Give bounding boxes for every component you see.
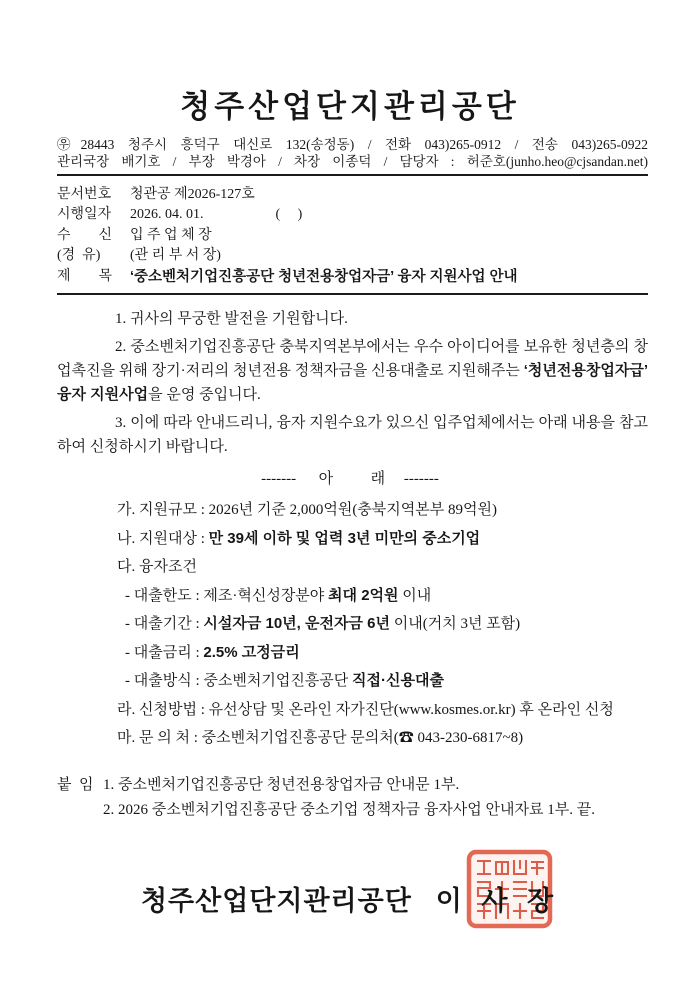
text-segment: - 대출한도 : 제조·혁신성장분야 bbox=[125, 588, 328, 604]
letterhead-address-line: ㉾28443 청주시 흥덕구 대신로 132(송정동) / 전화 043)265… bbox=[57, 136, 648, 154]
attachment-line-1: 1. 중소벤처기업진흥공단 청년전용창업자금 안내문 1부. bbox=[103, 773, 648, 798]
meta-row-date: 시행일자 2026. 04. 01. ( ) bbox=[57, 205, 648, 226]
meta-value: 청관공 제2026-127호 bbox=[130, 185, 255, 206]
list-item-loan-period: - 대출기간 : 시설자금 10년, 운전자금 6년 이내(거치 3년 포함) bbox=[57, 610, 648, 639]
document-subject: ‘중소벤처기업진흥공단 청년전용창업자금’ 융자 지원사업 안내 bbox=[130, 267, 518, 288]
loan-detail-list: 가. 지원규모 : 2026년 기준 2,000억원(충북지역본부 89억원) … bbox=[57, 496, 648, 753]
text-segment: - 대출금리 : bbox=[125, 645, 203, 661]
meta-row-via: (경 유) (관 리 부 서 장) bbox=[57, 246, 648, 267]
body-paragraph-1: 1. 귀사의 무궁한 발전을 기원합니다. bbox=[57, 307, 648, 331]
list-item-target: 나. 지원대상 : 만 39세 이하 및 업력 3년 미만의 중소기업 bbox=[57, 525, 648, 554]
meta-value: (관 리 부 서 장) bbox=[130, 246, 221, 267]
meta-value: 2026. 04. 01. bbox=[130, 205, 204, 226]
signature-line: 청주산업단지관리공단이 사 장 bbox=[0, 879, 700, 918]
body-paragraph-3: 3. 이에 따라 안내드리니, 융자 지원수요가 있으신 입주업체에서는 아래 … bbox=[57, 411, 648, 459]
text-segment: 1. 귀사의 무궁한 발전을 기원합니다. bbox=[115, 311, 348, 327]
text-segment: - 대출방식 : 중소벤처기업진흥공단 bbox=[125, 673, 352, 689]
meta-label: (경 유) bbox=[57, 246, 130, 267]
header-divider-rule bbox=[57, 174, 648, 176]
subject-divider-rule bbox=[57, 293, 648, 295]
signature-org: 청주산업단지관리공단 bbox=[141, 886, 412, 916]
document-meta: 문서번호 청관공 제2026-127호 시행일자 2026. 04. 01. (… bbox=[57, 185, 648, 288]
list-item-loan-method: - 대출방식 : 중소벤처기업진흥공단 직접·신용대출 bbox=[57, 667, 648, 696]
text-segment: 다. 융자조건 bbox=[117, 559, 197, 575]
attachment-line-2: 2. 2026 중소벤처기업진흥공단 중소기업 정책자금 융자사업 안내자료 1… bbox=[103, 798, 648, 823]
attachments-label: 붙 임 bbox=[57, 773, 103, 823]
emphasized-text: 최대 2억원 bbox=[328, 587, 398, 604]
text-segment: 을 운영 중입니다. bbox=[148, 387, 261, 403]
meta-label: 문서번호 bbox=[57, 185, 130, 206]
text-segment: 이내 bbox=[399, 588, 432, 604]
meta-label: 수 신 bbox=[57, 226, 130, 247]
text-segment: 가. 지원규모 : 2026년 기준 2,000억원(충북지역본부 89억원) bbox=[117, 502, 497, 518]
emphasized-text: 시설자금 10년, 운전자금 6년 bbox=[203, 615, 390, 632]
letterhead-info: ㉾28443 청주시 흥덕구 대신로 132(송정동) / 전화 043)265… bbox=[57, 136, 648, 171]
text-segment: 3. 이에 따라 안내드리니, 융자 지원수요가 있으신 입주업체에서는 아래 … bbox=[57, 415, 648, 455]
body-paragraph-2: 2. 중소벤처기업진흥공단 충북지역본부에서는 우수 아이디어를 보유한 청년층… bbox=[57, 335, 648, 407]
page-title: 청주산업단지관리공단 bbox=[30, 86, 670, 128]
meta-value: 입 주 업 체 장 bbox=[130, 226, 212, 247]
meta-date-parenthesis: ( ) bbox=[276, 205, 303, 226]
signature-title: 이 사 장 bbox=[436, 886, 559, 916]
text-segment: 마. 문 의 처 : 중소벤처기업진흥공단 문의처(☎ 043-230-6817… bbox=[117, 730, 523, 746]
list-item-loan-rate: - 대출금리 : 2.5% 고정금리 bbox=[57, 639, 648, 668]
emphasized-text: 직접·신용대출 bbox=[352, 672, 444, 689]
text-segment: 이내(거치 3년 포함) bbox=[390, 616, 520, 632]
text-segment: 나. 지원대상 : bbox=[117, 531, 209, 547]
meta-label: 시행일자 bbox=[57, 205, 130, 226]
attachments-section: 붙 임 1. 중소벤처기업진흥공단 청년전용창업자금 안내문 1부. 2. 20… bbox=[57, 773, 648, 823]
official-document-page: 청주산업단지관리공단 ㉾28443 청주시 흥덕구 대신로 132(송정동) /… bbox=[0, 0, 700, 991]
emphasized-text: 2.5% 고정금리 bbox=[203, 644, 299, 661]
meta-row-doc-number: 문서번호 청관공 제2026-127호 bbox=[57, 185, 648, 206]
list-item-scale: 가. 지원규모 : 2026년 기준 2,000억원(충북지역본부 89억원) bbox=[57, 496, 648, 525]
list-item-contact: 마. 문 의 처 : 중소벤처기업진흥공단 문의처(☎ 043-230-6817… bbox=[57, 724, 648, 753]
text-segment: 라. 신청방법 : 유선상담 및 온라인 자가진단(www.kosmes.or.… bbox=[117, 702, 614, 718]
meta-row-subject: 제 목 ‘중소벤처기업진흥공단 청년전용창업자금’ 융자 지원사업 안내 bbox=[57, 267, 648, 288]
meta-row-recipient: 수 신 입 주 업 체 장 bbox=[57, 226, 648, 247]
text-segment: - 대출기간 : bbox=[125, 616, 203, 632]
list-item-loan-limit: - 대출한도 : 제조·혁신성장분야 최대 2억원 이내 bbox=[57, 582, 648, 611]
meta-label: 제 목 bbox=[57, 267, 130, 288]
list-item-apply-method: 라. 신청방법 : 유선상담 및 온라인 자가진단(www.kosmes.or.… bbox=[57, 696, 648, 725]
emphasized-text: 만 39세 이하 및 업력 3년 미만의 중소기업 bbox=[209, 530, 481, 547]
arae-divider: ------- 아 래 ------- bbox=[0, 467, 700, 488]
letterhead-staff-line: 관리국장 배기호 / 부장 박경아 / 차장 이종덕 / 담당자 : 허준호(j… bbox=[57, 153, 648, 171]
list-item-conditions: 다. 융자조건 bbox=[57, 553, 648, 582]
attachments-lines: 1. 중소벤처기업진흥공단 청년전용창업자금 안내문 1부. 2. 2026 중… bbox=[103, 773, 648, 823]
document-body: 1. 귀사의 무궁한 발전을 기원합니다. 2. 중소벤처기업진흥공단 충북지역… bbox=[57, 307, 648, 459]
